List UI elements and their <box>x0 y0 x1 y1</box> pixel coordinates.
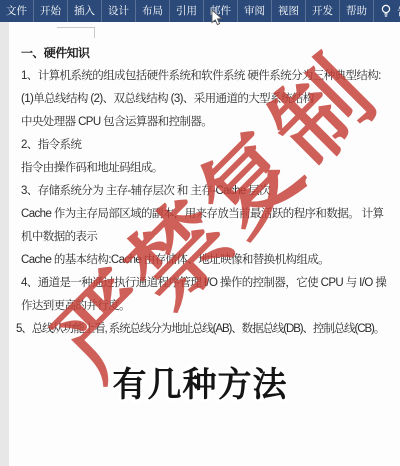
document-line: 1、计算机系统的组成包括硬件系统和软件系统 硬件系统分为三种典型结构: <box>21 65 389 88</box>
menu-bar: 文件开始插入设计布局引用邮件审阅视图开发帮助 告诉我 共享 <box>0 0 400 22</box>
menubar-tab[interactable]: 布局 <box>136 0 170 22</box>
document-line: 4、通道是一种通过执行通道程序管理 I/O 操作的控制器，它使 CPU 与 I/… <box>21 272 389 295</box>
menubar-tab[interactable]: 引用 <box>170 0 204 22</box>
subtitle-text: 有几种方法 <box>113 366 288 404</box>
lightbulb-icon <box>380 4 392 18</box>
tell-me[interactable]: 告诉我 <box>374 4 400 19</box>
document-heading: 一、硬件知识 <box>21 42 389 65</box>
menubar-tab[interactable]: 设计 <box>102 0 136 22</box>
document-line: 5、总线从功能上看, 系统总线分为地址总线(AB)、数据总线(DB)、控制总线(… <box>16 318 389 341</box>
menubar-tab[interactable]: 开发 <box>306 0 340 22</box>
document-line: 中央处理器 CPU 包含运算器和控制器。 <box>21 111 389 134</box>
menubar-tab[interactable]: 帮助 <box>340 0 374 22</box>
document-line: 3、存储系统分为 主存-辅存层次 和 主存-Cache 层次 <box>21 180 389 203</box>
document-line: 机中数据的表示 <box>21 226 389 249</box>
document-line: 2、指令系统 <box>21 134 389 157</box>
menubar-tab[interactable]: 审阅 <box>238 0 272 22</box>
margin-corner-mark <box>57 27 95 38</box>
document-lines: 1、计算机系统的组成包括硬件系统和软件系统 硬件系统分为三种典型结构:(1)单总… <box>21 65 389 341</box>
document-line: Cache 作为主存局部区域的副本，用来存放当前最活跃的程序和数据。 计算 <box>21 203 389 226</box>
subtitle-overlay: 有几种方法 有几种方法 <box>0 366 400 404</box>
menubar-tab[interactable]: 开始 <box>34 0 68 22</box>
document-line: Cache 的基本结构:Cache 由存储体、地址映像和替换机构组成。 <box>21 249 389 272</box>
document-line: 指令由操作码和地址码组成。 <box>21 157 389 180</box>
document-line: 作达到更高的并行度。 <box>21 295 389 318</box>
menu-tabs: 文件开始插入设计布局引用邮件审阅视图开发帮助 <box>0 0 374 22</box>
document-line: (1)单总线结构 (2)、双总线结构 (3)、采用通道的大型系统结构 <box>21 88 389 111</box>
mouse-cursor <box>211 9 223 26</box>
menubar-tab[interactable]: 插入 <box>68 0 102 22</box>
menubar-tab[interactable]: 视图 <box>272 0 306 22</box>
document-text: 一、硬件知识 1、计算机系统的组成包括硬件系统和软件系统 硬件系统分为三种典型结… <box>21 42 389 341</box>
menubar-tab[interactable]: 文件 <box>0 0 34 22</box>
